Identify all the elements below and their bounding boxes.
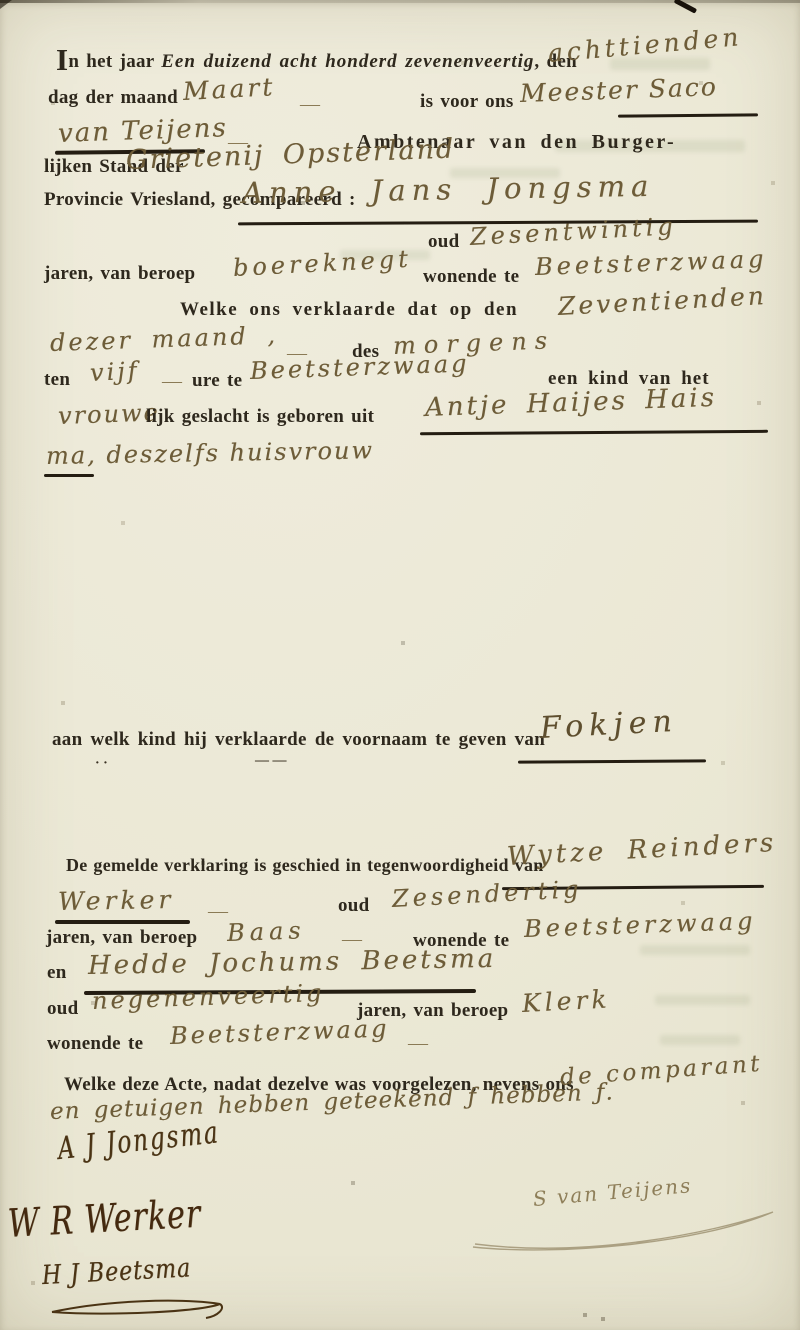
printed-is-voor-ons: is voor ons	[420, 92, 514, 113]
handwritten-declarant-name: Anne Jans Jongsma	[242, 171, 655, 210]
printed-oud-2: oud	[338, 896, 370, 917]
ink-underline	[44, 474, 94, 477]
ink-underline	[420, 430, 768, 435]
printed-wonende-te-3: wonende te	[47, 1034, 143, 1055]
printed-year-line: In het jaar Een duizend acht honderd zev…	[56, 48, 577, 73]
paper-speckles	[0, 0, 2, 2]
handwritten-birth-month: dezer maand ,	[50, 322, 279, 356]
ink-underline	[618, 113, 758, 117]
filler-dash: —	[208, 900, 227, 923]
signature-official-flourish	[465, 1202, 785, 1257]
printed-small-dots: · ·	[95, 756, 108, 772]
handwritten-birth-place: Beetsterzwaag	[250, 350, 470, 384]
printed-dag-der-maand: dag der maand	[48, 88, 178, 109]
printed-jaren-beroep-2: jaren, van beroep	[46, 928, 197, 949]
printed-geslacht: lijk geslacht is geboren uit	[146, 407, 374, 428]
signature-witness2-flourish	[48, 1296, 228, 1322]
handwritten-witness2-name: Hedde Jochums Beetsma	[88, 945, 497, 981]
printed-tegenwoordigheid: De gemelde verklaring is geschied in teg…	[66, 856, 544, 876]
handwritten-mother-name-continued: ma, deszelfs huisvrouw	[46, 437, 374, 469]
printed-en: en	[47, 963, 67, 984]
birth-record-page: In het jaar Een duizend acht honderd zev…	[0, 0, 800, 1330]
printed-ten: ten	[44, 370, 70, 391]
signature-declarant: A J Jongsma	[56, 1117, 221, 1168]
printed-voornaam: aan welk kind hij verklaarde de voornaam…	[52, 730, 545, 751]
handwritten-official-firstname: Saco	[648, 72, 718, 103]
handwritten-birth-hour: vijf	[89, 357, 140, 386]
handwritten-witness2-age: negenenveertig	[92, 980, 325, 1014]
handwritten-mother-descriptor: , deszelfs huisvrouw	[87, 436, 374, 469]
ink-underline	[518, 759, 706, 763]
printed-ure-te: ure te	[192, 371, 242, 392]
signature-witness1: W R Werker	[7, 1193, 202, 1246]
printed-verklaarde: Welke ons verklaarde dat op den	[180, 300, 518, 321]
ghost-showthrough	[640, 945, 750, 955]
ink-underline	[55, 920, 190, 924]
handwritten-official-title: Meester	[519, 75, 639, 108]
dropcap-initial: I	[56, 42, 68, 77]
filler-dash: —	[300, 93, 319, 116]
handwritten-witness1-occupation: Baas	[227, 917, 306, 946]
handwritten-witness1-residence: Beetsterzwaag	[524, 908, 757, 942]
handwritten-mother-suffix: ma	[46, 441, 88, 470]
handwritten-witness2-occupation: Klerk	[521, 985, 611, 1017]
handwritten-birth-day: Zeventienden	[557, 282, 767, 320]
handwritten-child-name: Fokjen	[539, 705, 678, 745]
handwritten-declarant-residence: Beetsterzwaag	[535, 246, 768, 280]
handwritten-witness1-age: Zesendertig	[391, 876, 583, 912]
handwritten-witness1-lastname: Werker	[58, 886, 175, 916]
handwritten-official-name: Meester Saco	[520, 73, 719, 107]
ghost-showthrough	[655, 995, 750, 1005]
printed-year-value: Een duizend acht honderd zevenenveertig	[161, 51, 534, 72]
printed-in-het-jaar: n het jaar	[68, 51, 154, 72]
printed-jaren-beroep: jaren, van beroep	[44, 264, 195, 285]
ghost-showthrough	[660, 1035, 740, 1045]
handwritten-mother-name: Antje Haijes Hais	[425, 384, 718, 423]
handwritten-declarant-age: Zesentwintig	[469, 213, 677, 250]
printed-oud: oud	[428, 232, 460, 253]
handwritten-witness1-firstname: Wytze Reinders	[506, 829, 778, 872]
printed-oud-3: oud	[47, 999, 79, 1020]
handwritten-declarant-occupation: boereknegt	[232, 246, 412, 282]
handwritten-month: Maart	[182, 73, 276, 105]
printed-wonende-te: wonende te	[423, 267, 519, 288]
filler-dash: —	[408, 1032, 427, 1055]
handwritten-witness2-residence: Beetsterzwaag	[170, 1015, 390, 1049]
handwritten-gender-prefix: vrouwe	[58, 399, 161, 429]
filler-dash: —	[162, 370, 181, 393]
printed-small-dashes: — —	[255, 753, 287, 769]
signature-witness2: H J Beetsma	[41, 1255, 192, 1292]
